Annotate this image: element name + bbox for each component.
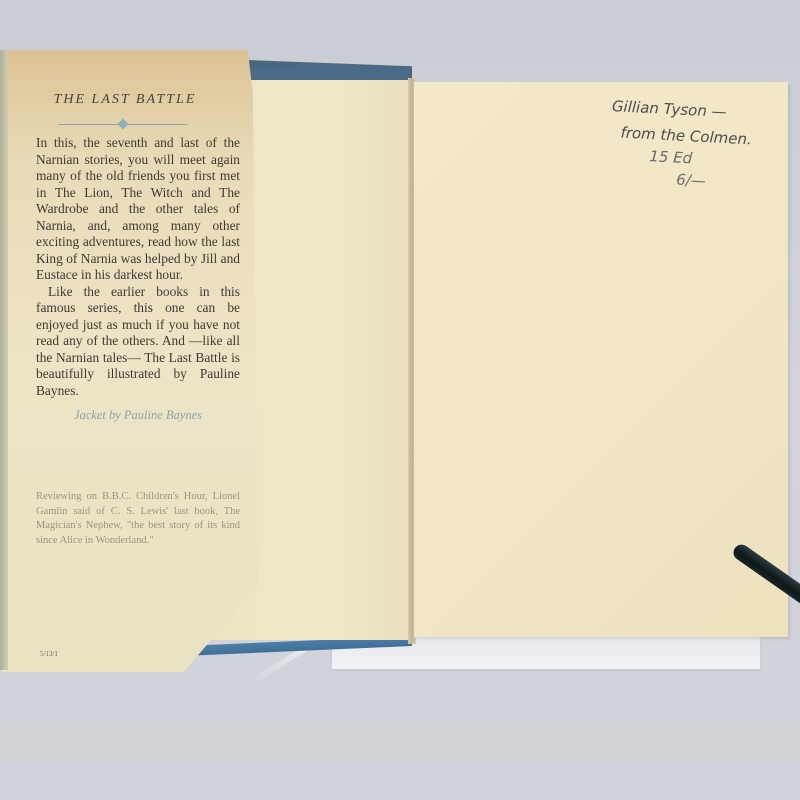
handwritten-inscription: Gillian Tyson — from the Colmen. 15 Ed 6… bbox=[608, 95, 800, 197]
blurb-paragraph: Like the earlier books in this famous se… bbox=[36, 284, 240, 400]
review-quote: Reviewing on B.B.C. Children's Hour, Lio… bbox=[36, 490, 240, 548]
inscription-line: from the Colmen. bbox=[620, 122, 800, 153]
flap-blurb: In this, the seventh and last of the Nar… bbox=[36, 135, 240, 399]
blurb-paragraph: In this, the seventh and last of the Nar… bbox=[36, 135, 240, 284]
flap-title: THE LAST BATTLE bbox=[30, 92, 220, 108]
price-code: 5/13/1 bbox=[40, 650, 58, 658]
jacket-credit: Jacket by Pauline Baynes bbox=[36, 408, 240, 423]
jacket-fold-edge bbox=[0, 50, 8, 670]
